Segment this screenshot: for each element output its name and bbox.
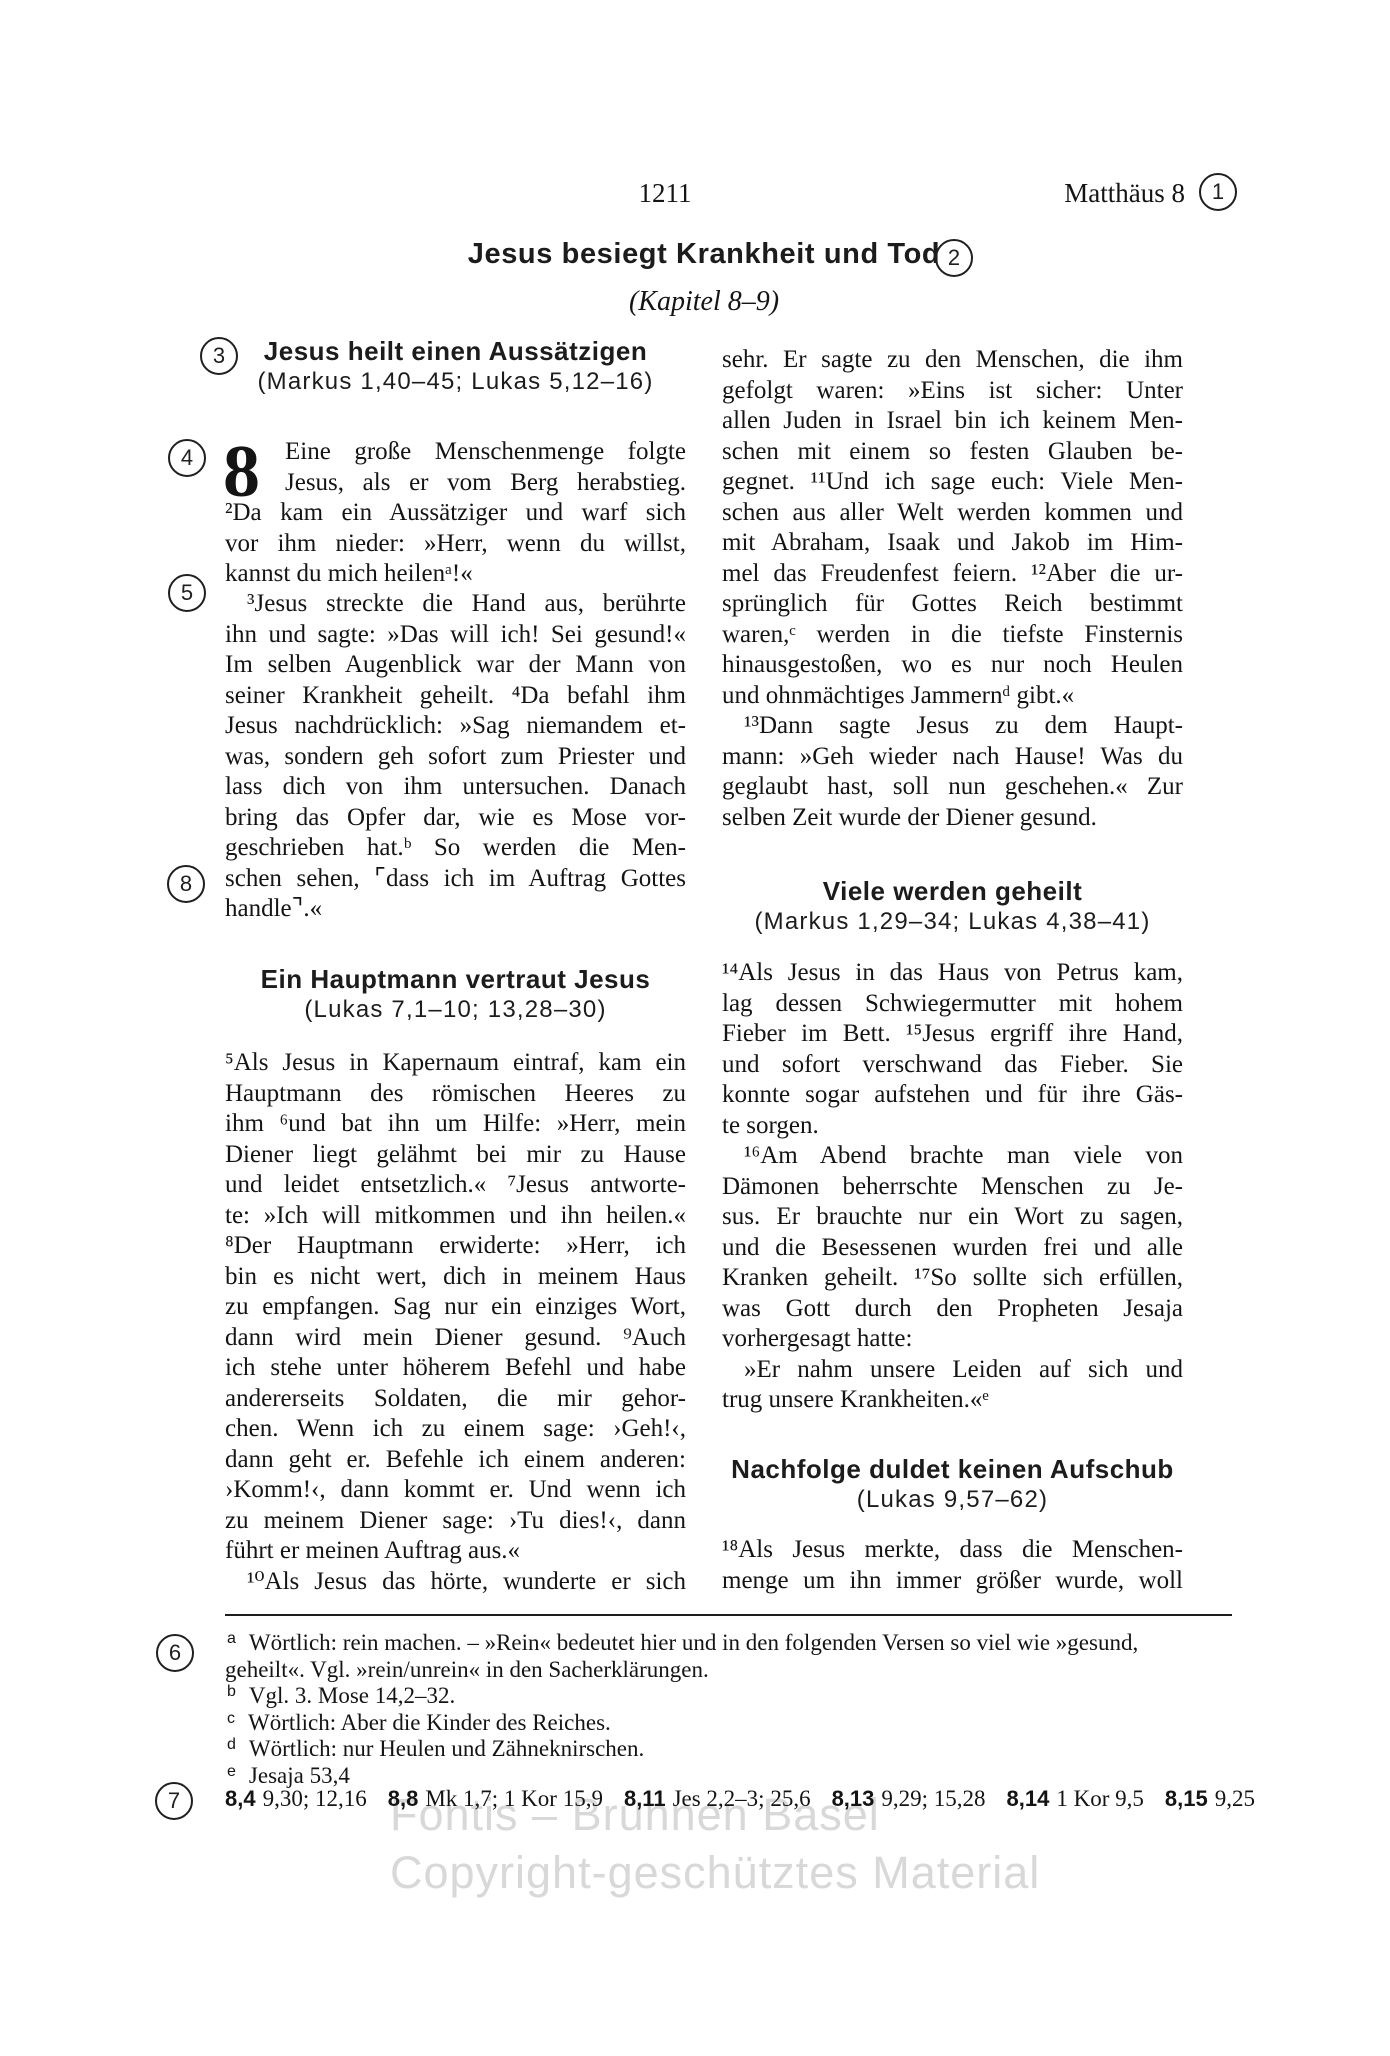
text-line: te sorgen. bbox=[722, 1111, 1183, 1142]
crossref-targets: 1 Kor 9,5 bbox=[1056, 1786, 1144, 1811]
text-line: seiner Krankheit geheilt. ⁴Da befahl ihm bbox=[225, 681, 686, 712]
text-line: bin es nicht wert, dich in meinem Haus bbox=[225, 1262, 686, 1293]
text-line: sehr. Er sagte zu den Menschen, die ihm bbox=[722, 345, 1183, 376]
annotation-circle-4: 4 bbox=[168, 439, 206, 477]
annotation-number: 4 bbox=[181, 445, 193, 471]
text-line: lass dich von ihm untersuchen. Danach bbox=[225, 772, 686, 803]
footnote-line: dWörtlich: nur Heulen und Zähneknirschen… bbox=[225, 1736, 1225, 1763]
watermark-copyright: Copyright-geschütztes Material bbox=[390, 1847, 1040, 1899]
annotation-number: 2 bbox=[948, 245, 960, 271]
paragraph: ¹⁸Als Jesus merkte, dass die Menschen- m… bbox=[722, 1535, 1183, 1596]
text-line: ¹⁰Als Jesus das hörte, wunderte er sich bbox=[225, 1567, 686, 1598]
text-line: mit Abraham, Isaak und Jakob im Him- bbox=[722, 528, 1183, 559]
text-line: ²Da kam ein Aussätziger und warf sich bbox=[225, 498, 686, 529]
text-line: mel das Freudenfest feiern. ¹²Aber die u… bbox=[722, 559, 1183, 590]
footnote-text: Wörtlich: rein machen. – »Rein« bedeutet… bbox=[249, 1630, 1138, 1655]
text-line: vorhergesagt hatte: bbox=[722, 1324, 1183, 1355]
footnote-text: Vgl. 3. Mose 14,2–32. bbox=[249, 1683, 455, 1708]
text-line: trug unsere Krankheiten.«ᵉ bbox=[722, 1385, 1183, 1416]
annotation-number: 6 bbox=[169, 1640, 181, 1666]
text-line: geschrieben hat.ᵇ So werden die Men- bbox=[225, 833, 686, 864]
section-heading-aussaetziger: Jesus heilt einen Aussätzigen bbox=[225, 336, 686, 367]
text-line: zu empfangen. Sag nur ein einziges Wort, bbox=[225, 1292, 686, 1323]
text-line: ¹³Dann sagte Jesus zu dem Haupt- bbox=[722, 711, 1183, 742]
footnote-marker: d bbox=[227, 1732, 236, 1759]
text-line: waren,ᶜ werden in die tiefste Finsternis bbox=[722, 620, 1183, 651]
crossref-verse: 8,13 bbox=[832, 1786, 875, 1811]
crossref-targets: 9,30; 12,16 bbox=[263, 1786, 367, 1811]
annotation-circle-2: 2 bbox=[935, 239, 973, 277]
text-line: allen Juden in Israel bin ich keinem Men… bbox=[722, 406, 1183, 437]
text-line: ³Jesus streckte die Hand aus, berührte bbox=[225, 589, 686, 620]
text-line: lag dessen Schwiegermutter mit hohem bbox=[722, 989, 1183, 1020]
text-line: und ohnmächtiges Jammernᵈ gibt.« bbox=[722, 681, 1183, 712]
text-line: zu meinem Diener sage: ›Tu dies!‹, dann bbox=[225, 1506, 686, 1537]
footnote-text: Wörtlich: nur Heulen und Zähneknirschen. bbox=[249, 1736, 644, 1761]
text-line: und sofort verschwand das Fieber. Sie bbox=[722, 1050, 1183, 1081]
text-line: was, sondern geh sofort zum Priester und bbox=[225, 742, 686, 773]
paragraph: 8 Eine große Menschenmenge folgte Jesus,… bbox=[225, 437, 686, 590]
text-line: Hauptmann des römischen Heeres zu bbox=[225, 1079, 686, 1110]
paragraph: ¹⁴Als Jesus in das Haus von Petrus kam, … bbox=[722, 958, 1183, 1416]
cross-references: 8,49,30; 12,168,8Mk 1,7; 1 Kor 15,98,11J… bbox=[225, 1786, 1235, 1812]
text-line: und die Besessenen wurden frei und alle bbox=[722, 1233, 1183, 1264]
text-line: kannst du mich heilenᵃ!« bbox=[225, 559, 686, 590]
crossref-verse: 8,4 bbox=[225, 1786, 256, 1811]
crossref-targets: Jes 2,2–3; 25,6 bbox=[673, 1786, 811, 1811]
paragraph: ³Jesus streckte die Hand aus, berührte i… bbox=[225, 589, 686, 925]
text-line: te: »Ich will mitkommen und ihn heilen.« bbox=[225, 1201, 686, 1232]
text-line: ›Komm!‹, dann kommt er. Und wenn ich bbox=[225, 1475, 686, 1506]
text-line: »Er nahm unsere Leiden auf sich und bbox=[722, 1355, 1183, 1386]
footnote-line: geheilt«. Vgl. »rein/unrein« in den Sach… bbox=[225, 1657, 1225, 1684]
running-head: Matthäus 8 bbox=[900, 178, 1185, 209]
footnote-divider bbox=[225, 1614, 1232, 1616]
crossref-verse: 8,11 bbox=[624, 1786, 666, 1811]
bible-page: Fontis – Brunnen Basel Copyright-geschüt… bbox=[0, 0, 1390, 2056]
text-line: schen mit einem so festen Glauben be- bbox=[722, 437, 1183, 468]
crossref-verse: 8,14 bbox=[1007, 1786, 1050, 1811]
section-heading-nachfolge: Nachfolge duldet keinen Aufschub bbox=[722, 1454, 1183, 1485]
text-line: Im selben Augenblick war der Mann von bbox=[225, 650, 686, 681]
footnote-marker: c bbox=[227, 1706, 235, 1733]
footnote-marker: e bbox=[227, 1759, 236, 1786]
text-line: hinausgestoßen, wo es nur noch Heulen bbox=[722, 650, 1183, 681]
text-line: Fieber im Bett. ¹⁵Jesus ergriff ihre Han… bbox=[722, 1019, 1183, 1050]
annotation-number: 3 bbox=[213, 343, 225, 369]
text-line: ¹⁶Am Abend brachte man viele von bbox=[722, 1141, 1183, 1172]
text-line: ihn und sagte: »Das will ich! Sei gesund… bbox=[225, 620, 686, 651]
footnote-line: cWörtlich: Aber die Kinder des Reiches. bbox=[225, 1710, 1225, 1737]
annotation-circle-3: 3 bbox=[200, 337, 238, 375]
crossref-verse: 8,8 bbox=[388, 1786, 419, 1811]
text-line: bring das Opfer dar, wie es Mose vor- bbox=[225, 803, 686, 834]
text-line: Eine große Menschenmenge folgte bbox=[225, 437, 686, 468]
page-number: 1211 bbox=[639, 178, 692, 209]
crossref-targets: 9,29; 15,28 bbox=[881, 1786, 985, 1811]
text-line: handle⌝.« bbox=[225, 894, 686, 925]
text-line: führt er meinen Auftrag aus.« bbox=[225, 1536, 686, 1567]
text-line: geglaubt hast, soll nun geschehen.« Zur bbox=[722, 772, 1183, 803]
text-line: sus. Er brauchte nur ein Wort zu sagen, bbox=[722, 1202, 1183, 1233]
text-line: ⁸Der Hauptmann erwiderte: »Herr, ich bbox=[225, 1231, 686, 1262]
annotation-circle-1: 1 bbox=[1199, 173, 1237, 211]
annotation-number: 1 bbox=[1212, 179, 1224, 205]
chapter-range: (Kapitel 8–9) bbox=[225, 286, 1183, 318]
text-line: Jesus, als er vom Berg herabstieg. bbox=[225, 468, 686, 499]
section-heading-hauptmann: Ein Hauptmann vertraut Jesus bbox=[225, 964, 686, 995]
section-reference-geheilt: (Markus 1,29–34; Lukas 4,38–41) bbox=[722, 908, 1183, 936]
text-line: menge um ihn immer größer wurde, woll bbox=[722, 1566, 1183, 1597]
text-line: chen. Wenn ich zu einem sage: ›Geh!‹, bbox=[225, 1414, 686, 1445]
text-line: dann geht er. Befehle ich einem anderen: bbox=[225, 1445, 686, 1476]
annotation-number: 5 bbox=[181, 580, 193, 606]
footnotes: aWörtlich: rein machen. – »Rein« bedeute… bbox=[225, 1630, 1225, 1789]
annotation-circle-7: 7 bbox=[155, 1782, 193, 1820]
annotation-circle-8: 8 bbox=[167, 865, 205, 903]
text-line: Jesus nachdrücklich: »Sag niemandem et- bbox=[225, 711, 686, 742]
footnote-text: Wörtlich: Aber die Kinder des Reiches. bbox=[248, 1710, 611, 1735]
crossref-targets: 9,25 bbox=[1215, 1786, 1255, 1811]
section-reference-nachfolge: (Lukas 9,57–62) bbox=[722, 1486, 1183, 1514]
footnote-line: aWörtlich: rein machen. – »Rein« bedeute… bbox=[225, 1630, 1225, 1657]
page-title: Jesus besiegt Krankheit und Tod bbox=[225, 238, 1183, 271]
annotation-circle-6: 6 bbox=[156, 1634, 194, 1672]
text-line: Diener liegt gelähmt bei mir zu Hause bbox=[225, 1140, 686, 1171]
text-line: dann wird mein Diener gesund. ⁹Auch bbox=[225, 1323, 686, 1354]
text-line: mann: »Geh wieder nach Hause! Was du bbox=[722, 742, 1183, 773]
text-line: schen aus aller Welt werden kommen und bbox=[722, 498, 1183, 529]
text-line: sprünglich für Gottes Reich bestimmt bbox=[722, 589, 1183, 620]
crossref-targets: Mk 1,7; 1 Kor 15,9 bbox=[425, 1786, 603, 1811]
footnote-marker: a bbox=[227, 1626, 236, 1653]
text-line: selben Zeit wurde der Diener gesund. bbox=[722, 803, 1183, 834]
text-line: ihm ⁶und bat ihn um Hilfe: »Herr, mein bbox=[225, 1109, 686, 1140]
text-line: andererseits Soldaten, die mir gehor- bbox=[225, 1384, 686, 1415]
paragraph: ⁵Als Jesus in Kapernaum eintraf, kam ein… bbox=[225, 1048, 686, 1597]
text-line: ¹⁸Als Jesus merkte, dass die Menschen- bbox=[722, 1535, 1183, 1566]
text-line: gegnet. ¹¹Und ich sage euch: Viele Men- bbox=[722, 467, 1183, 498]
annotation-circle-5: 5 bbox=[168, 574, 206, 612]
footnote-marker: b bbox=[227, 1679, 236, 1706]
text-line: was Gott durch den Propheten Jesaja bbox=[722, 1294, 1183, 1325]
footnote-line: bVgl. 3. Mose 14,2–32. bbox=[225, 1683, 1225, 1710]
text-line: gefolgt waren: »Eins ist sicher: Unter bbox=[722, 376, 1183, 407]
text-line: konnte sogar aufstehen und für ihre Gäs- bbox=[722, 1080, 1183, 1111]
text-line: und leidet entsetzlich.« ⁷Jesus antworte… bbox=[225, 1170, 686, 1201]
annotation-number: 8 bbox=[180, 871, 192, 897]
chapter-dropcap: 8 bbox=[223, 439, 260, 505]
text-line: Dämonen beherrschte Menschen zu Je- bbox=[722, 1172, 1183, 1203]
annotation-number: 7 bbox=[168, 1788, 180, 1814]
section-reference-hauptmann: (Lukas 7,1–10; 13,28–30) bbox=[225, 996, 686, 1024]
paragraph: sehr. Er sagte zu den Menschen, die ihm … bbox=[722, 345, 1183, 833]
footnote-text: Jesaja 53,4 bbox=[249, 1763, 350, 1788]
crossref-verse: 8,15 bbox=[1165, 1786, 1208, 1811]
text-line: ¹⁴Als Jesus in das Haus von Petrus kam, bbox=[722, 958, 1183, 989]
footnote-text: geheilt«. Vgl. »rein/unrein« in den Sach… bbox=[225, 1657, 709, 1682]
text-line: ⁵Als Jesus in Kapernaum eintraf, kam ein bbox=[225, 1048, 686, 1079]
section-heading-geheilt: Viele werden geheilt bbox=[722, 876, 1183, 907]
text-line: ich stehe unter höherem Befehl und habe bbox=[225, 1353, 686, 1384]
text-line: vor ihm nieder: »Herr, wenn du willst, bbox=[225, 529, 686, 560]
section-reference-aussaetziger: (Markus 1,40–45; Lukas 5,12–16) bbox=[225, 368, 686, 396]
text-line: schen sehen, ⌜dass ich im Auftrag Gottes bbox=[225, 864, 686, 895]
text-line: Kranken geheilt. ¹⁷So sollte sich erfüll… bbox=[722, 1263, 1183, 1294]
